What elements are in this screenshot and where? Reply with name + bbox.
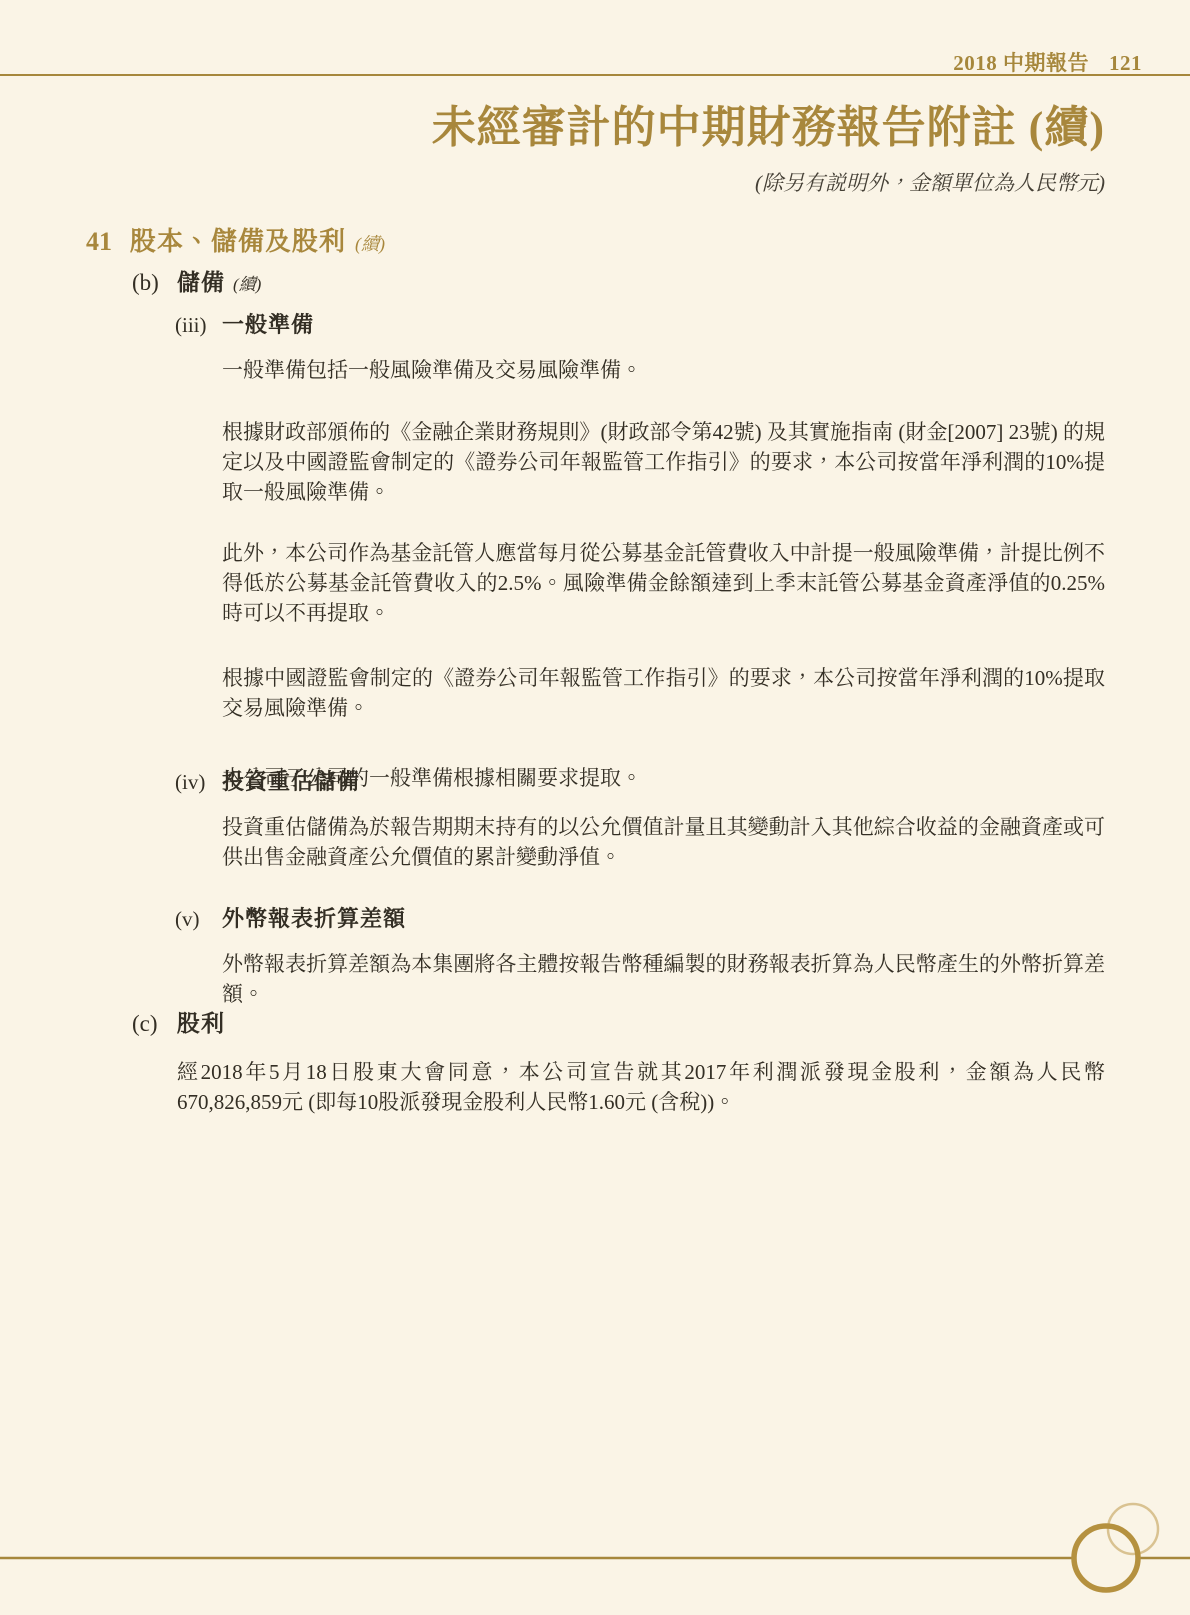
header-rule (0, 74, 1190, 76)
report-page: 2018 中期報告121 未經審計的中期財務報告附註 (續) (除另有説明外，金… (0, 0, 1190, 1615)
page-header: 2018 中期報告121 (953, 47, 1142, 77)
subsection-b-continued-note: (續) (233, 270, 261, 295)
subsection-c-group: (c) 股利 經2018年5月18日股東大會同意，本公司宣告就其2017年利潤派… (132, 1005, 1105, 1117)
section-41-heading: 41 股本、儲備及股利 (續) (86, 224, 385, 260)
section-number: 41 (86, 224, 130, 260)
item-v-group: (v) 外幣報表折算差額 外幣報表折算差額為本集團將各主體按報告幣種編製的財務報… (175, 902, 1105, 1009)
paragraph: 一般準備包括一般風險準備及交易風險準備。 (222, 355, 1105, 385)
paragraph: 經2018年5月18日股東大會同意，本公司宣告就其2017年利潤派發現金股利，金… (177, 1057, 1105, 1117)
item-iii-group: (iii) 一般準備 一般準備包括一般風險準備及交易風險準備。 根據財政部頒佈的… (175, 308, 1105, 793)
item-iv-body: 投資重估儲備 投資重估儲備為於報告期期末持有的以公允價值計量且其變動計入其他綜合… (222, 765, 1105, 872)
item-iv-title: 投資重估儲備 (222, 765, 1105, 799)
item-iv-group: (iv) 投資重估儲備 投資重估儲備為於報告期期末持有的以公允價值計量且其變動計… (175, 765, 1105, 872)
title-block: 未經審計的中期財務報告附註 (續) (除另有説明外，金額單位為人民幣元) (432, 103, 1105, 198)
page-title: 未經審計的中期財務報告附註 (續) (432, 103, 1105, 153)
item-iii-body: 一般準備 一般準備包括一般風險準備及交易風險準備。 根據財政部頒佈的《金融企業財… (222, 308, 1105, 793)
item-v-title: 外幣報表折算差額 (222, 902, 1105, 936)
header-page-number: 121 (1109, 51, 1142, 75)
paragraph: 根據中國證監會制定的《證券公司年報監管工作指引》的要求，本公司按當年淨利潤的10… (222, 663, 1105, 723)
item-v-label: (v) (175, 902, 222, 936)
section-continued-note: (續) (355, 230, 385, 256)
paragraph: 外幣報表折算差額為本集團將各主體按報告幣種編製的財務報表折算為人民幣產生的外幣折… (222, 949, 1105, 1009)
subsection-b-heading: (b) 儲備 (續) (132, 265, 261, 301)
subsection-c-label: (c) (132, 1005, 177, 1043)
item-iii-title: 一般準備 (222, 308, 1105, 342)
paragraph: 投資重估儲備為於報告期期末持有的以公允價值計量且其變動計入其他綜合收益的金融資產… (222, 812, 1105, 872)
page-subtitle: (除另有説明外，金額單位為人民幣元) (432, 168, 1105, 198)
section-title: 股本、儲備及股利 (130, 224, 346, 260)
item-iv-label: (iv) (175, 765, 222, 799)
paragraph: 此外，本公司作為基金託管人應當每月從公募基金託管費收入中計提一般風險準備，計提比… (222, 538, 1105, 628)
subsection-b-label: (b) (132, 265, 177, 301)
subsection-c-title: 股利 (177, 1005, 1105, 1043)
item-v-body: 外幣報表折算差額 外幣報表折算差額為本集團將各主體按報告幣種編製的財務報表折算為… (222, 902, 1105, 1009)
subsection-b-title: 儲備 (177, 265, 225, 301)
item-iii-label: (iii) (175, 308, 222, 342)
header-report-title: 2018 中期報告 (953, 51, 1089, 75)
footer-decoration (0, 1492, 1190, 1615)
paragraph: 根據財政部頒佈的《金融企業財務規則》(財政部令第42號) 及其實施指南 (財金[… (222, 417, 1105, 507)
subsection-c-body: 股利 經2018年5月18日股東大會同意，本公司宣告就其2017年利潤派發現金股… (177, 1005, 1105, 1117)
